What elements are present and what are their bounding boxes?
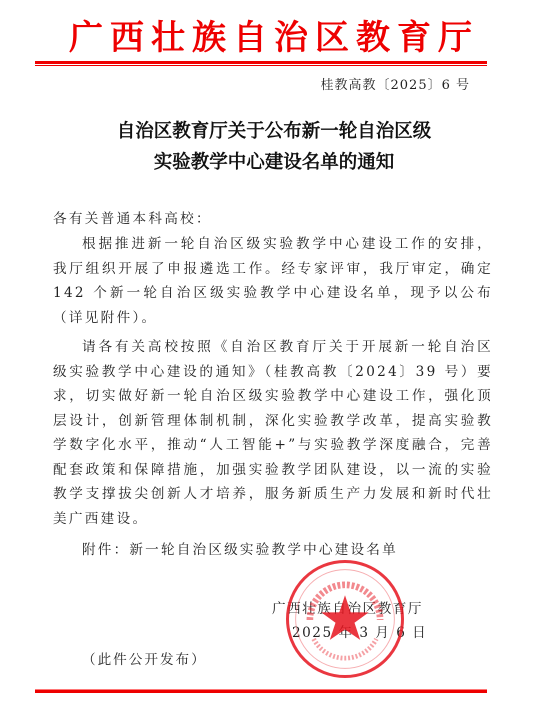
- title-line-2: 实验教学中心建设名单的通知: [0, 147, 548, 178]
- attachment-note: 附件：新一轮自治区级实验教学中心建设名单: [82, 538, 398, 558]
- masthead-title: 广西壮族自治区教育厅: [0, 18, 548, 58]
- title-line-1: 自治区教育厅关于公布新一轮自治区级: [0, 116, 548, 147]
- document-title: 自治区教育厅关于公布新一轮自治区级 实验教学中心建设名单的通知: [0, 116, 548, 178]
- masthead-divider-thin: [35, 65, 487, 66]
- body-paragraph-2: 请各有关高校按照《自治区教育厅关于开展新一轮自治区级实验教学中心建设的通知》（桂…: [53, 335, 493, 531]
- signature-organization: 广西壮族自治区教育厅: [272, 597, 423, 617]
- public-release-note: （此件公开发布）: [82, 648, 207, 668]
- document-number: 桂教高教〔2025〕6 号: [321, 74, 471, 93]
- official-seal-icon: [286, 560, 404, 678]
- masthead-divider-thick: [35, 61, 487, 64]
- salutation: 各有关普通本科高校：: [53, 207, 493, 232]
- footer-divider: [35, 690, 487, 693]
- body-paragraph-1: 根据推进新一轮自治区级实验教学中心建设工作的安排，我厅组织开展了申报遴选工作。经…: [53, 232, 493, 330]
- seal-star-icon: [289, 563, 401, 675]
- signature-date: 2025 年 3 月 6 日: [292, 621, 427, 641]
